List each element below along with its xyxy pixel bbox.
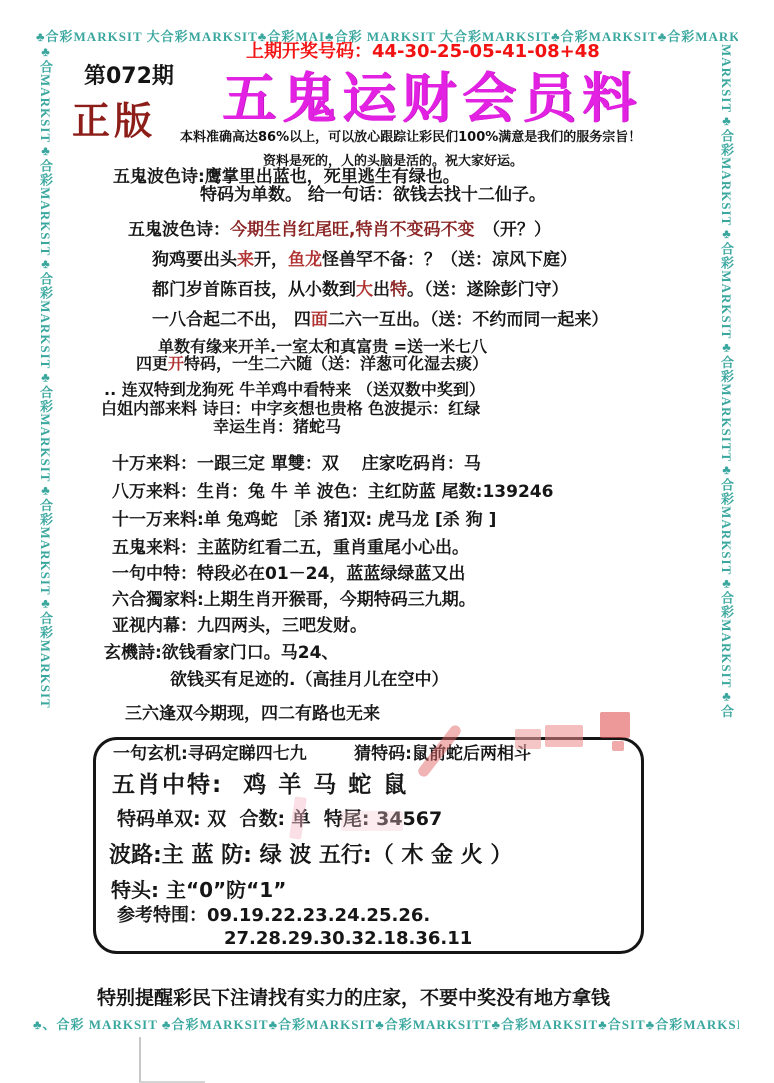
box-line-reference-numbers-2: 27.28.29.30.32.18.36.11 [224, 929, 472, 950]
box-line-mystery: 一句玄机:寻码定睇四七九 猜特码:鼠前蛇后两相斗 [113, 745, 531, 765]
issue-number: 第072期 [84, 59, 174, 90]
box-line-wave-path: 波路:主 蓝 防: 绿 波 五行:（ 木 金 火 ） [109, 843, 512, 868]
accuracy-slogan: 本料准确高达86%以上，可以放心跟踪让彩民们100%满意是我们的服务宗旨！ [180, 126, 641, 145]
red-stamp-block-1 [515, 729, 541, 749]
tip-line-110k: 十一万来料:单 兔鸡蛇 ［杀 猪]双: 虎马龙 [杀 狗 ] [112, 511, 496, 531]
red-stamp-block-2 [545, 725, 583, 747]
tip-line-double-special: .. 连双特到龙狗死 牛羊鸡中看特来 （送双数中奖到） [104, 381, 485, 399]
lottery-tip-sheet: ♣合彩MARKSIT 大合彩MARKSIT♣合彩MAI♣合彩 MARKSIT 大… [0, 0, 774, 1083]
tip-line-poem2-c: 都门岁首陈百技，从小数到大出特。（送：遂除彭门守） [152, 281, 569, 301]
border-bottom-marksit: ♣、合彩 MARKSIT ♣合彩MARKSIT♣合彩MARKSIT♣合彩MARK… [33, 1014, 739, 1033]
tip-line-one-phrase: 一句中特：特段必在01－24，蓝蓝绿绿蓝又出 [112, 565, 465, 585]
border-left-marksit: ♣合MARKSIT♣合彩MARKSIT♣合彩MARKSIT♣合彩MARKSIT♣… [36, 44, 55, 1010]
tip-line-poem2-a: 五鬼波色诗：今期生肖红尾旺,特肖不变码不变 （开？） [128, 221, 551, 241]
border-right-marksit: MARKSIT♣合彩MARKSIT♣合彩MARKSIT♣合彩MARKSITT♣合… [717, 44, 736, 1010]
tip-line-mystic-poem-a: 玄機詩:欲钱看家门口。马24、 [104, 644, 338, 664]
tip-line-poem2-f: 四更开特码，一生二六随（送：洋葱可化湿去痰） [136, 355, 488, 373]
box-line-reference-numbers-1: 参考特围：09.19.22.23.24.25.26. [117, 906, 430, 927]
tip-line-poem2-d: 一八合起二不出， 四面二六一互出。（送：不约而同一起来） [152, 311, 608, 331]
tip-line-80k: 八万来料：生肖：兔 牛 羊 波色：主红防蓝 尾数:139246 [112, 483, 553, 503]
edition-label: 正版 [72, 90, 156, 145]
tip-line-poem1-b: 特码为单数。 给一句话：欲钱去找十二仙子。 [200, 186, 546, 206]
scan-artifact-corner [139, 1037, 205, 1083]
tip-line-mystic-poem-b: 欲钱买有足迹的.（高挂月儿在空中） [170, 671, 448, 691]
tip-line-lucky-zodiac: 幸运生肖：猪蛇马 [213, 418, 341, 436]
pink-smudge-2 [341, 811, 403, 831]
tip-line-exclusive: 六合獨家料:上期生肖开猴哥，今期特码三九期。 [112, 591, 476, 611]
tip-line-wugui: 五鬼来料：主蓝防红看二五，重肖重尾小心出。 [112, 539, 469, 559]
red-stamp-block-3 [600, 712, 630, 738]
tip-line-atv-insider: 亚视内幕：九四两头，三吧发财。 [112, 617, 367, 637]
page-title: 五鬼运财会员料 [222, 56, 642, 133]
box-line-special-head: 特头: 主“0”防“1” [111, 879, 286, 902]
tip-line-three-six: 三六逢双今期现，四二有路也无来 [125, 705, 380, 725]
tip-line-poem2-b: 狗鸡要出头来开，鱼龙怪兽罕不备：？（送：凉风下庭） [152, 251, 577, 271]
tip-line-100k: 十万来料：一跟三定 單雙：双 庄家吃码肖：马 [112, 455, 481, 475]
reminder-line: 特别提醒彩民下注请找有实力的庄家，不要中奖没有地方拿钱 [97, 983, 610, 1010]
box-line-five-zodiac: 五肖中特: 鸡 羊 马 蛇 鼠 [112, 772, 408, 798]
tip-line-baijie: 白姐内部来料 诗曰：中字亥想也贵格 色波提示：红绿 [101, 400, 480, 418]
red-stamp-block-4 [612, 741, 624, 751]
